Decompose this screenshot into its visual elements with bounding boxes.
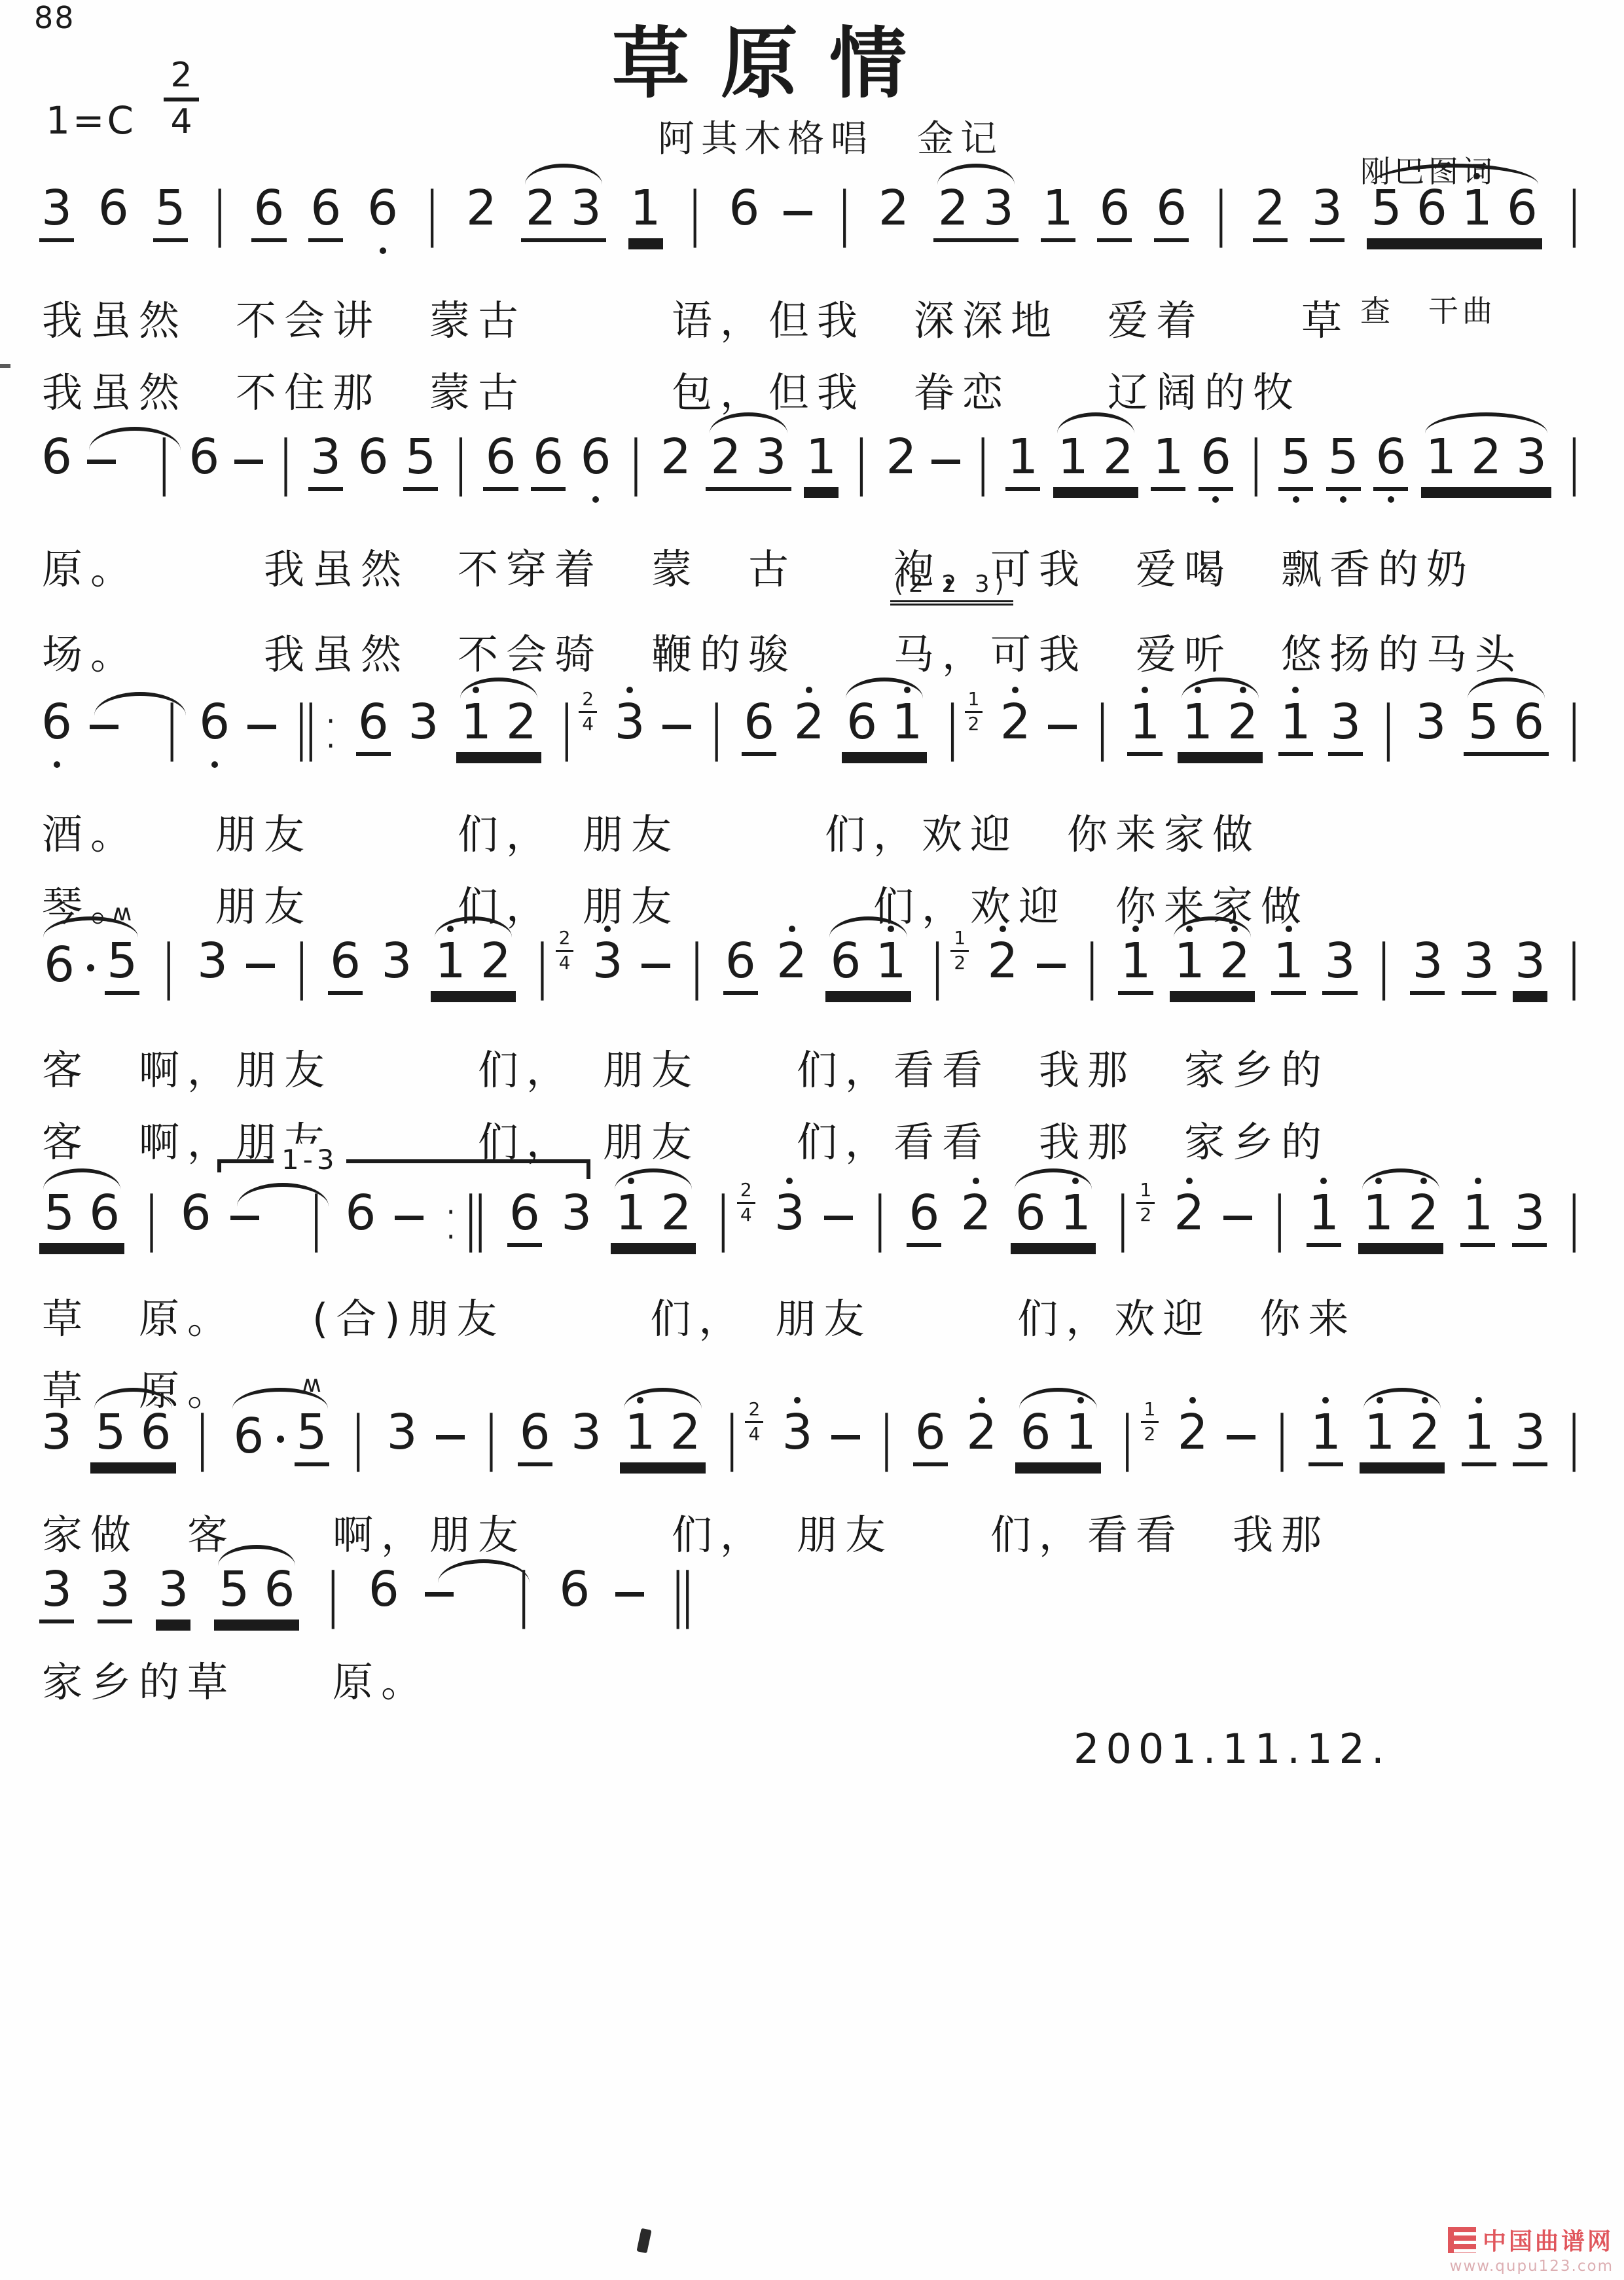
note: 3	[1512, 1188, 1547, 1247]
note: 3	[39, 1565, 74, 1623]
note-group: 56	[39, 1188, 124, 1247]
note: 1	[1460, 1188, 1495, 1247]
barline: |	[928, 936, 947, 996]
duration-dash	[1037, 964, 1066, 968]
note: 3	[1410, 936, 1445, 995]
barline: |	[852, 432, 871, 492]
note-group: 5616	[1367, 183, 1542, 242]
duration-dash	[1227, 1435, 1255, 1439]
note: 2	[1225, 697, 1260, 752]
barline: |	[276, 432, 295, 492]
mordent-mark: ʍ	[302, 1372, 321, 1397]
note-group: 12	[456, 697, 541, 756]
note: 1	[628, 183, 663, 242]
note: 5	[153, 183, 188, 242]
score: 365|666|2231|6|223166|235616|我虽然 不会讲 蒙古 …	[0, 0, 1624, 2280]
note: 3	[981, 183, 1016, 238]
system-6: 356|65ʍ|3|6312|243|6261|122|11213|	[39, 1407, 1584, 1468]
barline: |	[1564, 432, 1584, 492]
qupu-logo-icon	[1448, 2227, 1476, 2253]
note: 3	[39, 183, 74, 242]
note-group: 61	[825, 936, 911, 995]
note: 2	[1101, 432, 1136, 487]
barline: |	[706, 697, 726, 757]
barline: |	[713, 1188, 732, 1248]
lyrics-line: 我虽然 不住那 蒙古 包，但我 眷恋 辽阔的牧	[42, 360, 1301, 418]
barline: |	[687, 936, 706, 996]
barline: |	[451, 432, 471, 492]
system-5: 56|6|6:‖6312|243|6261|122|11213|1-3	[39, 1188, 1584, 1248]
duration-dash	[230, 1216, 259, 1220]
note: 2	[659, 1188, 693, 1243]
notation-line: 65ʍ|3|6312|243|6261|122|11213|333|	[39, 936, 1584, 996]
note: 1	[873, 936, 908, 991]
note: 2	[876, 183, 911, 238]
note: 6	[231, 1411, 266, 1466]
note: 6	[1018, 1407, 1053, 1462]
note-group: 12	[1178, 697, 1263, 756]
note: 5	[42, 1188, 77, 1243]
note-group: 23	[521, 183, 606, 242]
note: 3	[195, 936, 230, 991]
duration-dash	[246, 964, 275, 968]
note: 6	[367, 1565, 401, 1620]
note: 6	[723, 936, 758, 995]
system-1: 365|666|2231|6|223166|235616|	[39, 183, 1584, 244]
note: 6	[1097, 183, 1132, 242]
note: 3	[559, 1188, 594, 1243]
barline: |	[835, 183, 854, 244]
barline: ‖:	[291, 697, 340, 757]
note: 3	[590, 936, 625, 991]
note: 6	[1511, 697, 1546, 752]
note: 1	[1151, 432, 1185, 491]
note-group: 61	[842, 697, 927, 756]
note: 1	[1127, 697, 1162, 756]
note: 3	[1514, 432, 1549, 487]
note: 5	[1466, 697, 1501, 752]
barline: |	[1092, 697, 1112, 757]
note: 3	[569, 1407, 604, 1462]
note: 1	[1058, 1188, 1093, 1243]
duration-dash	[831, 1435, 860, 1439]
note: 3	[1413, 697, 1448, 752]
duration-dash	[662, 725, 691, 729]
barline: |	[1117, 1407, 1137, 1468]
barline: |	[348, 1407, 368, 1468]
note: 1	[1361, 1188, 1396, 1243]
note: 6	[579, 432, 613, 487]
note: 3	[308, 432, 343, 491]
note-group: 123	[1421, 432, 1551, 491]
note-group: 61	[1015, 1407, 1100, 1466]
duration-dash	[87, 460, 116, 464]
meter-change-mark: 12	[950, 928, 969, 973]
lyrics-line: 琴。 朋友 们， 朋友 们，欢迎 你来家做	[42, 874, 1309, 932]
note-group: 12	[1360, 1407, 1445, 1466]
note: 1	[1172, 936, 1207, 991]
barline: |	[870, 1188, 890, 1248]
barline: |	[1564, 183, 1584, 244]
note-group: 12	[1358, 1188, 1443, 1247]
note: 6	[907, 1188, 941, 1247]
note: 1	[804, 432, 839, 491]
note: 6	[531, 432, 566, 491]
note: 5	[1326, 432, 1361, 491]
note: 6	[39, 697, 74, 752]
system-4: 65ʍ|3|6312|243|6261|122|11213|333|	[39, 936, 1584, 996]
barline: |	[209, 183, 229, 244]
note: 1	[1041, 183, 1075, 242]
duration-dash	[1048, 725, 1077, 729]
note: 6	[356, 432, 391, 487]
note: 5	[1278, 432, 1313, 491]
note: 6	[727, 183, 761, 238]
barline: |	[1082, 936, 1102, 996]
note: 2	[936, 183, 971, 238]
note: 2	[1407, 1407, 1442, 1462]
note-group: 12	[1053, 432, 1138, 491]
note: 1	[1460, 183, 1494, 238]
note: 2	[792, 697, 827, 752]
note: 2	[985, 936, 1020, 991]
note: 2	[1172, 1188, 1206, 1243]
barline: |	[1379, 697, 1398, 757]
note-group: 12	[431, 936, 516, 995]
note: 1	[1271, 936, 1306, 995]
meter-change-mark: 12	[965, 689, 983, 734]
note: 6	[87, 1188, 122, 1243]
barline: |	[1269, 1188, 1289, 1248]
note: 2	[668, 1407, 702, 1462]
duration-dash	[784, 211, 812, 215]
barline: ‖	[668, 1565, 697, 1625]
lyrics-line: 客 啊，朋友 们， 朋友 们，看看 我那 家乡的	[42, 1038, 1329, 1096]
note: 6	[1505, 183, 1540, 238]
note: 3	[39, 1407, 74, 1462]
note: 6	[1373, 432, 1408, 491]
barline: |	[1246, 432, 1265, 492]
meter-change-mark: 12	[1141, 1400, 1159, 1445]
note: 3	[1513, 936, 1547, 995]
note: 2	[959, 1188, 994, 1243]
note-group: 61	[1011, 1188, 1096, 1247]
duration-dash	[234, 460, 263, 464]
note: 3	[406, 697, 441, 752]
note-group: 65ʍ	[228, 1407, 331, 1466]
barline: |	[291, 936, 311, 996]
duration-dash	[931, 460, 960, 464]
barline: |	[943, 697, 962, 757]
duration-dash	[615, 1592, 644, 1597]
note: 2	[1406, 1188, 1441, 1243]
meter-change-mark: 12	[1136, 1180, 1155, 1225]
note: 6	[187, 432, 221, 487]
note: 2	[524, 183, 558, 238]
barline: |	[1564, 1407, 1583, 1468]
note: 1	[1462, 1407, 1496, 1466]
note: 5	[403, 432, 438, 491]
notation-line: 56|6|6:‖6312|243|6261|122|11213|	[39, 1188, 1584, 1248]
note: 6	[308, 183, 343, 242]
note: 3	[379, 936, 414, 991]
duration-dash	[824, 1216, 853, 1220]
note: 6	[557, 1565, 592, 1620]
meter-change-mark: 24	[556, 928, 574, 973]
duration-dash	[425, 1592, 454, 1597]
note-group: 56	[214, 1565, 299, 1623]
note: 1	[1308, 1407, 1343, 1466]
note: 1	[1056, 432, 1091, 487]
note: 1	[613, 1188, 648, 1243]
meter-change-mark: 24	[737, 1180, 755, 1225]
barline: |	[973, 432, 992, 492]
notation-line: 365|666|2231|6|223166|235616|	[39, 183, 1584, 244]
note: 6	[365, 183, 400, 238]
note: 1	[433, 936, 468, 991]
note: 5	[93, 1407, 128, 1462]
note: 2	[478, 936, 513, 991]
note: 6	[251, 183, 286, 242]
barline: |	[1564, 1188, 1584, 1248]
barline: |	[685, 183, 704, 244]
barline: |	[481, 1407, 501, 1468]
duration-dash	[641, 964, 670, 968]
notation-line: 33356|6|6‖	[39, 1565, 697, 1625]
note: 5	[1369, 183, 1404, 238]
note: 6	[328, 936, 363, 995]
note: 2	[504, 697, 539, 752]
barline: |	[626, 432, 645, 492]
meter-change-mark: 24	[579, 689, 597, 734]
lyrics-line: 家乡的草 原。	[42, 1650, 429, 1708]
note: 1	[1005, 432, 1040, 491]
watermark: 中国曲谱网 www.qupu123.com	[1448, 2223, 1614, 2275]
note-group: 23	[933, 183, 1019, 242]
note: 2	[964, 1407, 999, 1462]
barline: |	[158, 936, 178, 996]
duration-dash	[395, 1216, 424, 1220]
barline: |	[323, 1565, 342, 1625]
note: 2	[998, 697, 1033, 752]
note: 6	[507, 1188, 542, 1247]
note: 6	[179, 1188, 213, 1243]
note: 6	[483, 432, 518, 491]
note: 2	[659, 432, 693, 487]
note: 2	[1176, 1407, 1210, 1462]
meter-change-mark: 24	[745, 1400, 763, 1445]
barline: |	[1113, 1188, 1132, 1248]
barline: |	[1564, 697, 1583, 757]
note: 1	[1362, 1407, 1397, 1462]
note: 6	[343, 1188, 378, 1243]
note: 3	[612, 697, 647, 752]
note: 1	[1180, 697, 1215, 752]
barline: :‖	[441, 1188, 490, 1248]
note: 1	[459, 697, 494, 752]
system-3: 6|6‖:6312|243|6261|122|11213|356|	[39, 697, 1584, 757]
note-group: 12	[1170, 936, 1255, 995]
note-group: 23	[706, 432, 791, 491]
lyrics-line: 场。 我虽然 不会骑 鞭的骏 马，可我 爱听 悠扬的马头	[42, 622, 1523, 680]
duration-dash	[90, 725, 118, 729]
note: 6	[1013, 1188, 1048, 1243]
note: 3	[156, 1565, 190, 1623]
note: 2	[1218, 936, 1252, 991]
note-group: 12	[620, 1407, 705, 1466]
duration-dash	[247, 725, 276, 729]
barline: |	[422, 183, 442, 244]
lyrics-line: 草 原。 (合)朋友 们， 朋友 们，欢迎 你来	[42, 1286, 1356, 1345]
note: 2	[1469, 432, 1504, 487]
note: 2	[464, 183, 499, 238]
note: 1	[890, 697, 924, 752]
note: 3	[1462, 936, 1496, 995]
note-group: 12	[611, 1188, 696, 1247]
note: 1	[1118, 936, 1153, 995]
note-group: 56	[1464, 697, 1549, 756]
note: 6	[42, 940, 77, 995]
note: 3	[1513, 1407, 1547, 1466]
barline: |	[1211, 183, 1231, 244]
lyrics-line: 酒。 朋友 们， 朋友 们，欢迎 你来家做	[42, 802, 1261, 860]
note: 6	[913, 1407, 948, 1466]
sheet-music-page: 88 草原情 阿其木格唱 金记 1=C 2 4 刚巴图词 查 干曲 365|66…	[0, 0, 1624, 2280]
note: 3	[754, 432, 789, 487]
note: 1	[1424, 432, 1458, 487]
note: 6	[828, 936, 863, 991]
augmentation-dot	[87, 964, 94, 971]
notation-line: 6|6‖:6312|243|6261|122|11213|356|	[39, 697, 1584, 757]
note: 3	[569, 183, 604, 238]
note: 6	[1154, 183, 1189, 242]
note: 3	[780, 1407, 815, 1462]
lyrics-line: 我虽然 不会讲 蒙古 语，但我 深深地 爱着 草	[42, 288, 1350, 346]
note: 1	[1278, 697, 1313, 756]
watermark-site-name: 中国曲谱网	[1483, 2223, 1614, 2256]
barline: |	[1374, 936, 1394, 996]
note: 1	[1064, 1407, 1098, 1462]
note: 1	[623, 1407, 657, 1462]
note: 2	[708, 432, 743, 487]
composition-date: 2001.11.12.	[1074, 1725, 1391, 1773]
barline: |	[141, 1188, 161, 1248]
note: 6	[742, 697, 776, 756]
note: 2	[1253, 183, 1288, 242]
barline: |	[722, 1407, 742, 1468]
note: 5ʍ	[295, 1407, 329, 1466]
note: 6	[1199, 432, 1233, 491]
barline: |	[556, 697, 576, 757]
scan-artifact-tick	[0, 364, 10, 368]
note: 6	[518, 1407, 552, 1466]
system-7: 33356|6|6‖	[39, 1565, 697, 1625]
system-2: 6|6|365|666|2231|2|11216|556123|(2 2 3)	[39, 432, 1584, 492]
notation-line: 356|65ʍ|3|6312|243|6261|122|11213|	[39, 1407, 1584, 1468]
note: 1	[1307, 1188, 1341, 1247]
note: 6	[39, 432, 74, 487]
note: 2	[774, 936, 809, 991]
note: 6	[138, 1407, 173, 1462]
note: 3	[1310, 183, 1344, 242]
note: 6	[1415, 183, 1449, 238]
note: 6	[96, 183, 131, 238]
note-group: 56	[90, 1407, 175, 1466]
note: 5	[217, 1565, 251, 1620]
note-group: 65ʍ	[39, 936, 142, 995]
note: 6	[197, 697, 232, 752]
notation-line: 6|6|365|666|2231|2|11216|556123|	[39, 432, 1584, 492]
note: 3	[98, 1565, 132, 1623]
lyrics-line: 原。 我虽然 不穿着 蒙 古 袍，可我 爱喝 飘香的奶	[42, 537, 1475, 595]
note: 6	[844, 697, 879, 752]
barline: |	[1272, 1407, 1291, 1468]
duration-dash	[436, 1435, 465, 1439]
note: 6	[356, 697, 391, 756]
watermark-url: www.qupu123.com	[1450, 2258, 1614, 2275]
augmentation-dot	[277, 1436, 284, 1443]
note: 3	[1322, 936, 1357, 995]
mordent-mark: ʍ	[113, 901, 132, 926]
duration-dash	[1223, 1216, 1252, 1220]
barline: |	[1564, 936, 1583, 996]
barline: |	[192, 1407, 212, 1468]
note: 2	[884, 432, 918, 487]
barline: |	[532, 936, 552, 996]
note: 5ʍ	[105, 936, 139, 995]
barline: |	[876, 1407, 896, 1468]
note: 6	[262, 1565, 297, 1620]
note: 3	[384, 1407, 419, 1462]
note: 3	[1328, 697, 1363, 756]
note: 3	[772, 1188, 807, 1243]
